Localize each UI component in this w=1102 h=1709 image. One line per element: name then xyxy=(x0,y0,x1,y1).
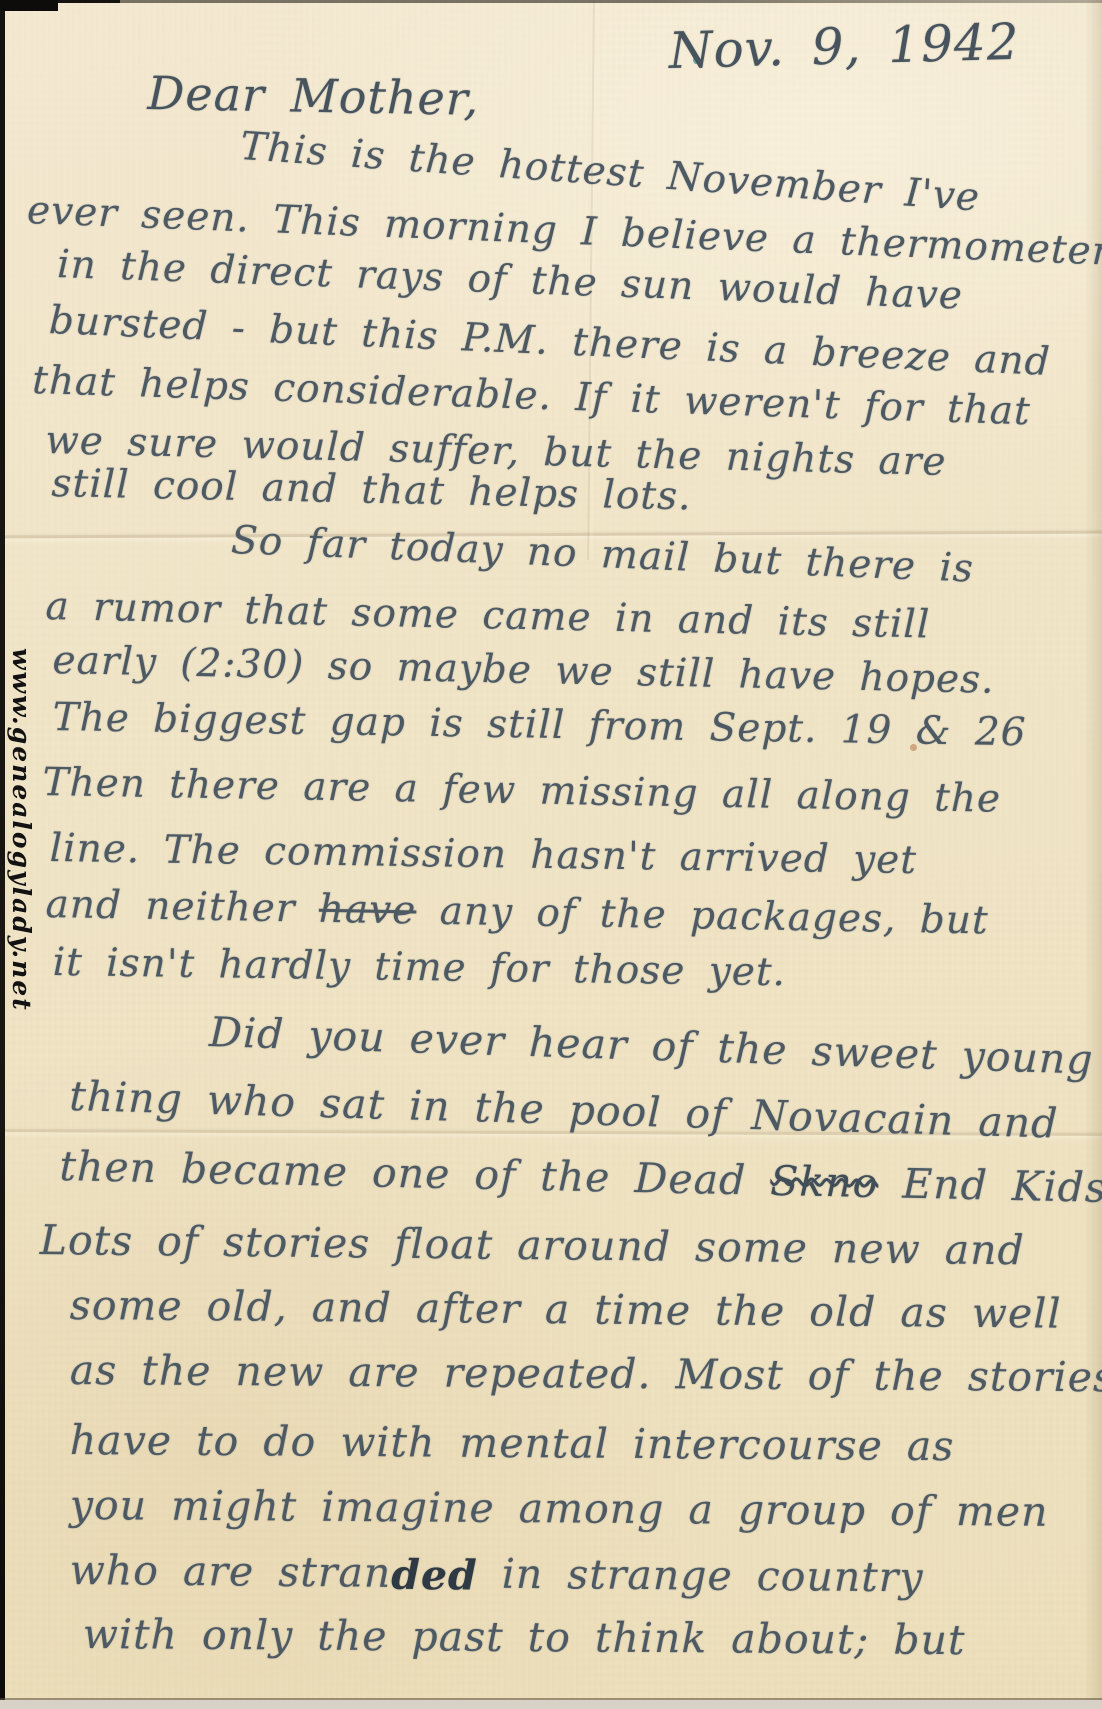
letter-line: some old, and after a time the old as we… xyxy=(70,1281,1062,1338)
letter-line: who are stranded in strange country xyxy=(70,1546,924,1601)
line-text: who are stran xyxy=(70,1546,392,1597)
watermark-text: www.genealogylady.net xyxy=(7,648,36,1012)
struck-word: have xyxy=(318,887,416,934)
letter-line: as the new are repeated. Most of the sto… xyxy=(70,1346,1102,1401)
line-text: some old, and after a time the old as we… xyxy=(70,1281,1062,1338)
line-text: you might imagine among a group of men xyxy=(70,1481,1049,1536)
line-text: with only the past to think about; but xyxy=(83,1610,966,1664)
scan-corner-mark xyxy=(0,0,58,11)
line-text: as the new are repeated. Most of the sto… xyxy=(70,1346,1102,1401)
scan-edge-top xyxy=(0,0,1102,3)
scanned-letter-page: www.genealogylady.net Nov. 9, 1942 Dear … xyxy=(0,0,1102,1709)
letter-date: Nov. 9, 1942 xyxy=(668,13,1020,80)
line-text: and neither xyxy=(45,882,319,932)
scan-edge-bottom xyxy=(0,1698,1102,1709)
overwritten-word: ded xyxy=(391,1551,478,1600)
scan-edge-left xyxy=(0,0,5,1709)
line-text: have to do with mental intercourse as xyxy=(70,1416,955,1470)
letter-line: with only the past to think about; but xyxy=(83,1610,966,1664)
struck-word: Skno xyxy=(770,1157,879,1207)
letter-line: have to do with mental intercourse as xyxy=(70,1416,955,1470)
letter-salutation: Dear Mother, xyxy=(147,66,480,126)
letter-line: you might imagine among a group of men xyxy=(70,1481,1049,1536)
line-text: in strange country xyxy=(478,1550,924,1602)
line-text: End Kids? xyxy=(878,1159,1102,1212)
